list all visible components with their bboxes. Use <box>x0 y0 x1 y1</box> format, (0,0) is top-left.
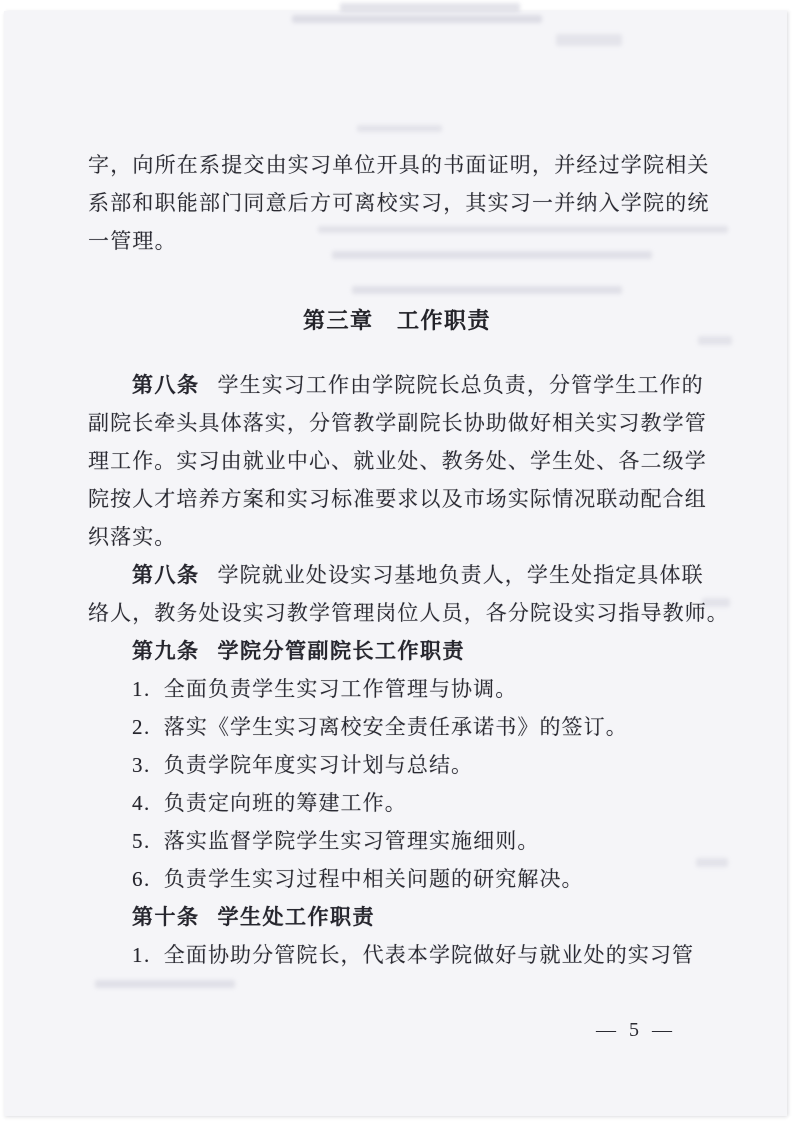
article-label: 第九条 <box>132 639 200 663</box>
text-line: 系部和职能部门同意后方可离校实习，其实习一并纳入学院的统 <box>88 180 728 218</box>
line-text: 学生实习工作由学院院长总负责，分管学生工作的 <box>218 373 704 397</box>
text-line: 副院长牵头具体落实，分管教学副院长协助做好相关实习教学管 <box>88 404 736 442</box>
text-line: 字，向所在系提交由实习单位开具的书面证明，并经过学院相关 <box>88 142 728 180</box>
line-text: 学院就业处设实习基地负责人，学生处指定具体联 <box>218 563 704 587</box>
bleed-through-mark <box>95 980 235 988</box>
bleed-through-mark <box>340 3 520 12</box>
bleed-through-mark <box>357 125 442 132</box>
numbered-item: 6.负责学生实习过程中相关问题的研究解决。 <box>88 860 736 898</box>
numbered-item: 2.落实《学生实习离校安全责任承诺书》的签订。 <box>88 708 736 746</box>
item-number: 3. <box>132 753 151 777</box>
line-text: 负责学生实习过程中相关问题的研究解决。 <box>164 867 584 891</box>
article-heading-line: 第十条学生处工作职责 <box>88 898 736 936</box>
item-number: 1. <box>132 677 151 701</box>
numbered-item: 3.负责学院年度实习计划与总结。 <box>88 746 736 784</box>
text-line: 理工作。实习由就业中心、就业处、教务处、学生处、各二级学 <box>88 442 736 480</box>
article-line: 第八条学生实习工作由学院院长总负责，分管学生工作的 <box>88 366 736 404</box>
item-number: 2. <box>132 715 151 739</box>
bleed-through-mark <box>292 15 542 23</box>
text-line: 一管理。 <box>88 218 728 256</box>
line-text: 织落实。 <box>88 525 176 549</box>
item-number: 5. <box>132 829 151 853</box>
line-text: 全面负责学生实习工作管理与协调。 <box>164 677 518 701</box>
line-text: 负责定向班的筹建工作。 <box>164 791 407 815</box>
numbered-item: 1.全面协助分管院长，代表本学院做好与就业处的实习管 <box>88 936 736 974</box>
text-line: 织落实。 <box>88 518 736 556</box>
chapter-heading: 第三章 工作职责 <box>0 304 794 335</box>
line-text: 学生处工作职责 <box>218 905 376 929</box>
line-text: 落实《学生实习离校安全责任承诺书》的签订。 <box>164 715 628 739</box>
line-text: 落实监督学院学生实习管理实施细则。 <box>164 829 540 853</box>
numbered-item: 5.落实监督学院学生实习管理实施细则。 <box>88 822 736 860</box>
page-number: — 5 — <box>596 1019 676 1042</box>
line-text: 副院长牵头具体落实，分管教学副院长协助做好相关实习教学管 <box>88 411 707 435</box>
line-text: 系部和职能部门同意后方可离校实习，其实习一并纳入学院的统 <box>88 191 710 215</box>
item-number: 6. <box>132 867 151 891</box>
article-heading-line: 第九条学院分管副院长工作职责 <box>88 632 736 670</box>
item-number: 1. <box>132 943 151 967</box>
line-text: 字，向所在系提交由实习单位开具的书面证明，并经过学院相关 <box>88 153 710 177</box>
line-text: 全面协助分管院长，代表本学院做好与就业处的实习管 <box>164 943 694 967</box>
line-text: 理工作。实习由就业中心、就业处、教务处、学生处、各二级学 <box>88 449 707 473</box>
line-text: 学院分管副院长工作职责 <box>218 639 466 663</box>
document-body: 第八条学生实习工作由学院院长总负责，分管学生工作的 副院长牵头具体落实，分管教学… <box>88 366 736 974</box>
item-number: 4. <box>132 791 151 815</box>
line-text: 一管理。 <box>88 229 177 253</box>
bleed-through-mark <box>556 34 622 46</box>
article-label: 第八条 <box>132 373 200 397</box>
bleed-through-mark <box>698 336 732 345</box>
line-text: 络人，教务处设实习教学管理岗位人员，各分院设实习指导教师。 <box>88 601 729 625</box>
intro-paragraph: 字，向所在系提交由实习单位开具的书面证明，并经过学院相关 系部和职能部门同意后方… <box>88 142 728 256</box>
line-text: 负责学院年度实习计划与总结。 <box>164 753 473 777</box>
article-label: 第八条 <box>132 563 200 587</box>
numbered-item: 4.负责定向班的筹建工作。 <box>88 784 736 822</box>
article-line: 第八条学院就业处设实习基地负责人，学生处指定具体联 <box>88 556 736 594</box>
bleed-through-mark <box>352 286 622 294</box>
article-label: 第十条 <box>132 905 200 929</box>
line-text: 院按人才培养方案和实习标准要求以及市场实际情况联动配合组 <box>88 487 707 511</box>
numbered-item: 1.全面负责学生实习工作管理与协调。 <box>88 670 736 708</box>
text-line: 络人，教务处设实习教学管理岗位人员，各分院设实习指导教师。 <box>88 594 736 632</box>
text-line: 院按人才培养方案和实习标准要求以及市场实际情况联动配合组 <box>88 480 736 518</box>
scanned-document-page: 字，向所在系提交由实习单位开具的书面证明，并经过学院相关 系部和职能部门同意后方… <box>0 0 794 1122</box>
